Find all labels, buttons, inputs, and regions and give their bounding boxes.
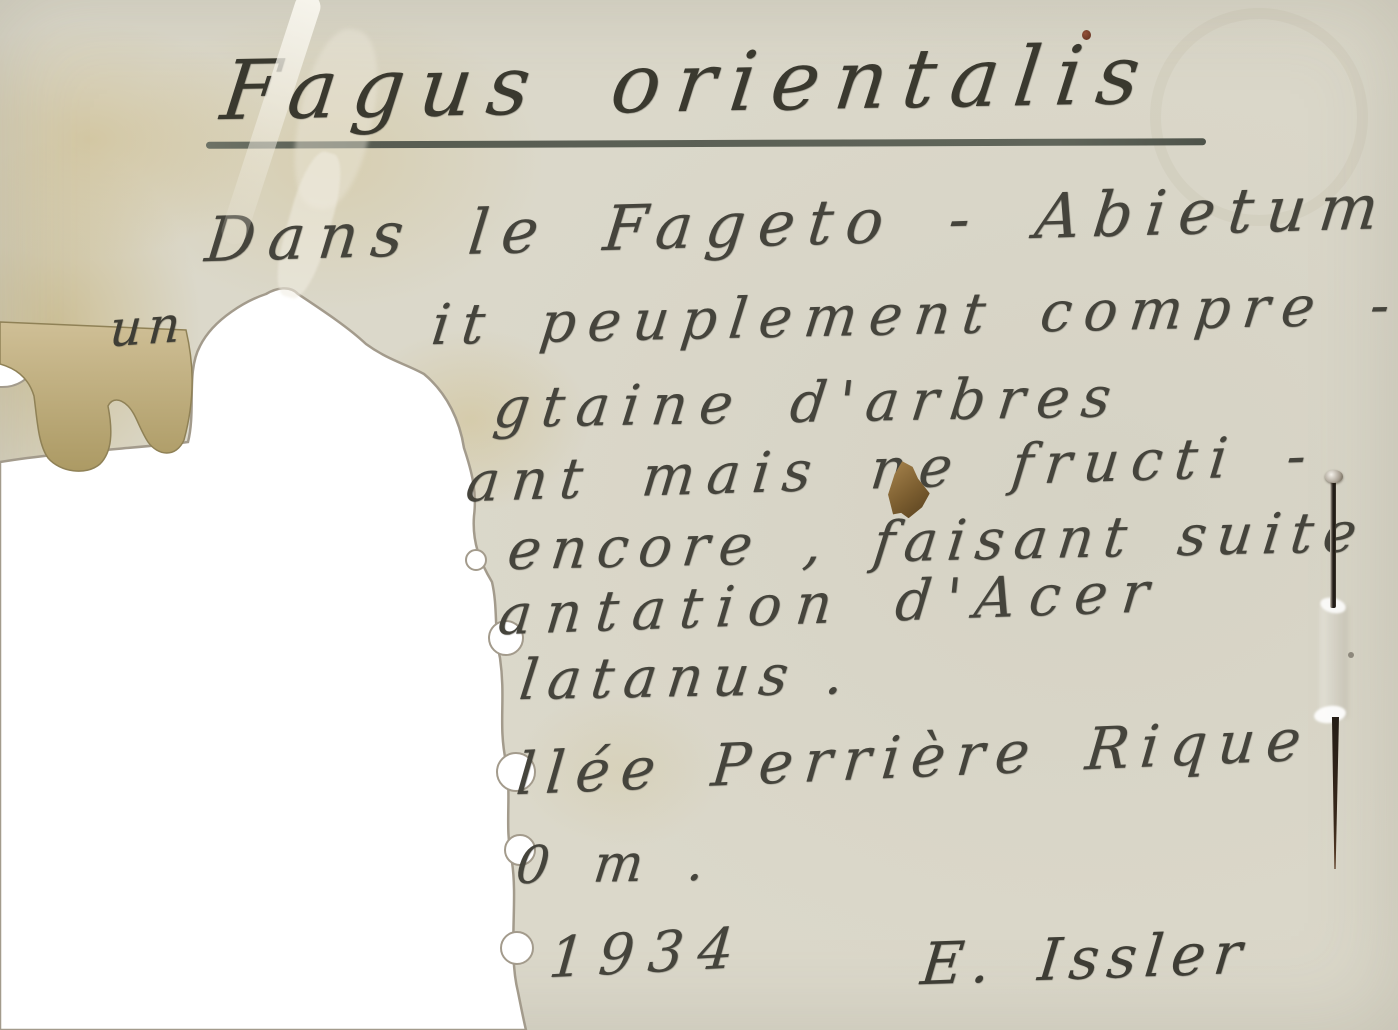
handwritten-fragment: un [108,295,188,359]
altitude-line: 0 m . [513,833,716,897]
pin-ridge [1320,606,1348,718]
mounting-pin-head [1325,470,1343,483]
dust-speck [1348,652,1354,658]
handwritten-line: gtaine d'arbres [490,365,1126,441]
date-text: 1934 [546,916,750,992]
signature-text: E. Issler [918,919,1253,999]
photographed-document: Fagus orientalis Dans le Fageto - Abietu… [0,0,1398,1030]
handwritten-line: latanus . [516,642,858,713]
torn-bite [501,932,533,964]
stain-speck [1082,30,1091,40]
torn-bite [466,550,486,570]
specimen-name: Fagus orientalis [216,28,1160,139]
mounting-pin-upper [1330,476,1336,608]
